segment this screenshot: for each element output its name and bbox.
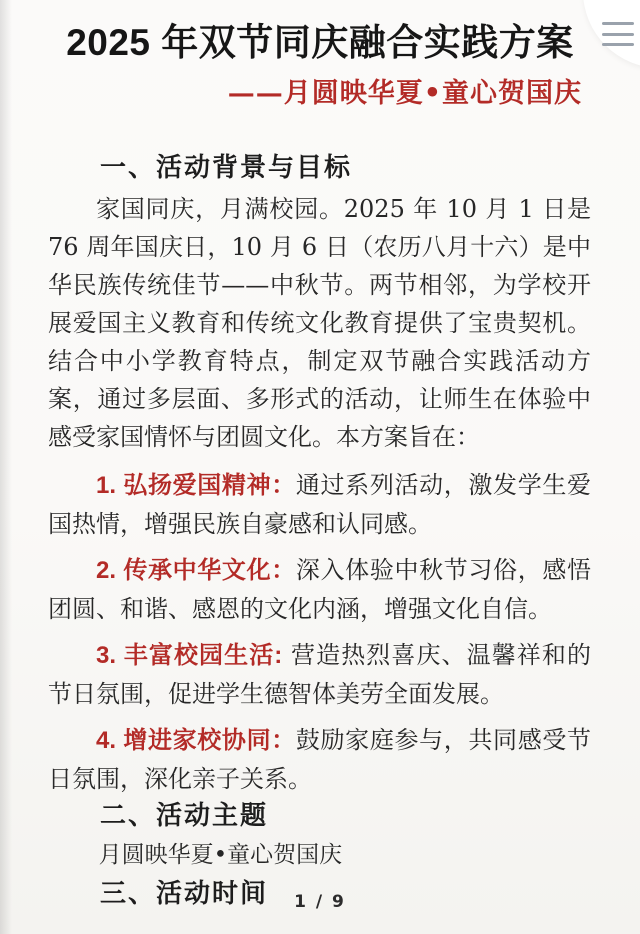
goal-item-label: 1. 弘扬爱国精神： [96,472,296,499]
document-page: 2025 年双节同庆融合实践方案 ——月圆映华夏•童心贺国庆 一、活动背景与目标… [0,0,640,934]
document-subtitle: ——月圆映华夏•童心贺国庆 [0,78,640,110]
hamburger-menu-icon [602,43,634,46]
menu-button[interactable] [602,22,634,46]
goal-item: 3. 丰富校园生活: 营造热烈喜庆、温馨祥和的节日氛围，促进学生德智体美劳全面发… [48,636,591,713]
hamburger-menu-icon [602,22,634,25]
section-heading-background-goals: 一、活动背景与目标 [48,148,591,188]
section-heading-theme: 二、活动主题 [48,796,591,836]
goal-item-label: 4. 增进家校协同： [96,727,296,754]
goal-item: 4. 增进家校协同：鼓励家庭参与，共同感受节日氛围，深化亲子关系。 [48,721,591,798]
background-paragraph: 家国同庆，月满校园。2025 年 10 月 1 日是 76 周年国庆日，10 月… [48,190,591,456]
document-title: 2025 年双节同庆融合实践方案 [0,21,640,65]
hamburger-menu-icon [602,33,634,36]
goal-item: 1. 弘扬爱国精神：通过系列活动，激发学生爱国热情，增强民族自豪感和认同感。 [48,466,591,543]
goal-item-label: 2. 传承中华文化： [96,557,296,584]
document-header: 2025 年双节同庆融合实践方案 ——月圆映华夏•童心贺国庆 [0,0,640,110]
goal-item: 2. 传承中华文化：深入体验中秋节习俗，感悟团圆、和谐、感恩的文化内涵，增强文化… [48,551,591,628]
page-indicator: 1 / 9 [0,892,640,912]
document-body: 一、活动背景与目标 家国同庆，月满校园。2025 年 10 月 1 日是 76 … [0,148,640,914]
goal-item-label: 3. 丰富校园生活: [96,642,282,669]
theme-text: 月圆映华夏•童心贺国庆 [48,836,591,874]
